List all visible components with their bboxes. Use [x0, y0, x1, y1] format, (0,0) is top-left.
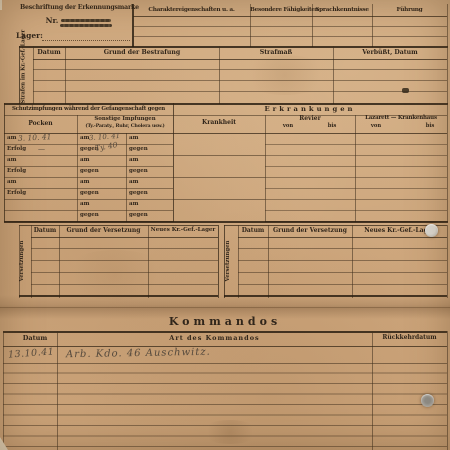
row-label-erfolg: Erfolg [7, 169, 37, 175]
handwritten-kommando-datum: 13.10.41 [8, 347, 55, 360]
sonstige-impfungen-subheader: (Ty.-Paraty., Ruhr, Cholera usw.) [77, 124, 173, 129]
table-row-lines [33, 59, 447, 102]
nr-label: Nr. [44, 17, 60, 25]
lager-fill-line [42, 33, 130, 41]
column-header-neues-lager: Neues Kr.-Gef.-Lager [148, 228, 218, 234]
row-label-am: am [129, 158, 159, 164]
row-label-am: am [80, 158, 110, 164]
row-label-gegen: gegen [129, 213, 159, 219]
column-header-datum: Datum [33, 50, 65, 57]
column-header-fuehrung: Führung [372, 7, 447, 13]
column-header-grund-versetzung: Grund der Versetzung [268, 228, 352, 234]
row-label-gegen: gegen [129, 191, 159, 197]
rule-h [4, 103, 448, 105]
impfungen-header: Schutzimpfungen während der Gefangenscha… [4, 107, 173, 113]
column-header-datum: Datum [238, 228, 268, 234]
id-tag-title: Beschriftung der Erkennungsmarke [20, 5, 132, 12]
table-row-lines [238, 237, 447, 294]
ink-smudge [402, 88, 409, 93]
hole-punch [421, 394, 434, 407]
rule-v [447, 225, 448, 298]
lazarett-header: Lazarett — Krankenhaus [355, 116, 447, 122]
rule-h [173, 199, 265, 200]
row-label-gegen: gegen [129, 169, 159, 175]
row-label-gegen: gegen [80, 213, 110, 219]
column-header-grund-versetzung: Grund der Versetzung [59, 228, 148, 234]
column-header-grund-bestrafung: Grund der Bestrafung [65, 50, 219, 57]
column-header-charakter: Charaktereigenschaften u. a. [133, 7, 250, 13]
versetzungen-side-label: Versetzungen [226, 231, 236, 291]
row-label-am: am [129, 136, 159, 142]
column-header-datum: Datum [31, 228, 59, 234]
column-header-faehigkeiten: Besondere Fähigkeiten [250, 7, 312, 13]
paper-edge-sliver [0, 0, 2, 10]
rule-v [447, 331, 448, 450]
rule-v [447, 103, 448, 222]
sonstige-impfungen-header: Sonstige Impfungen [77, 117, 173, 123]
rule-h [3, 346, 447, 347]
table-row-lines [265, 134, 447, 222]
rule-h [19, 46, 448, 48]
rule-h [19, 225, 218, 226]
row-label-am: am [80, 180, 110, 186]
lazarett-bis-label: bis [418, 124, 442, 129]
row-label-am: am [129, 202, 159, 208]
revier-von-label: von [276, 124, 300, 129]
table-row-lines [3, 363, 447, 450]
table-row-lines [133, 17, 447, 46]
column-header-sprachen: Sprachkenntnisse [312, 7, 372, 13]
revier-bis-label: bis [320, 124, 344, 129]
lazarett-von-label: von [364, 124, 388, 129]
nr-value-scribble [61, 19, 111, 22]
kommandos-title: Kommandos [125, 316, 325, 328]
crease-line [0, 307, 450, 308]
rule-v [447, 4, 448, 47]
rule-h [3, 331, 447, 333]
pocken-header: Pocken [4, 121, 77, 127]
row-label-gegen: gegen [80, 169, 110, 175]
column-header-verbuesst: Verbüßt, Datum [333, 50, 447, 57]
versetzungen-side-label: Versetzungen [20, 231, 30, 291]
row-label-am: am [80, 202, 110, 208]
rule-v [447, 46, 448, 104]
rule-h [173, 155, 265, 156]
rule-v [218, 225, 219, 298]
row-label-am: am [129, 180, 159, 186]
erkrankungen-header: Erkrankungen [173, 106, 447, 113]
row-label-am: am [7, 158, 37, 164]
column-header-art-kommando: Art des Kommandos [57, 335, 372, 342]
revier-header: Revier [265, 116, 355, 122]
table-row-lines [31, 237, 218, 294]
strafen-side-label: Strafen im Kr.-Gef.-Lager [22, 49, 32, 104]
krankheit-header: Krankheit [173, 120, 265, 126]
row-label-gegen: gegen [129, 147, 159, 153]
row-label-gegen: gegen [80, 191, 110, 197]
rule-h [4, 221, 448, 223]
rule-h [224, 225, 447, 226]
nr-value-scribble [60, 24, 112, 27]
rule-h [173, 177, 265, 178]
column-header-strafmass: Strafmaß [219, 50, 333, 57]
column-header-datum: Datum [10, 335, 60, 342]
handwritten-kommando-art: Arb. Kdo. 46 Auschwitz. [66, 348, 211, 361]
pow-record-card: Beschriftung der Erkennungsmarke Nr. Lag… [0, 0, 450, 450]
hole-punch [425, 224, 438, 237]
row-label-am: am [7, 180, 37, 186]
row-label-erfolg: Erfolg [7, 147, 37, 153]
column-header-rueckkehrdatum: Rückkehrdatum [372, 335, 447, 341]
row-label-erfolg: Erfolg [7, 191, 37, 197]
handwritten-erfolg-dash: — [38, 146, 45, 153]
handwritten-pocken-date: 3. 10. 41 [18, 133, 52, 142]
